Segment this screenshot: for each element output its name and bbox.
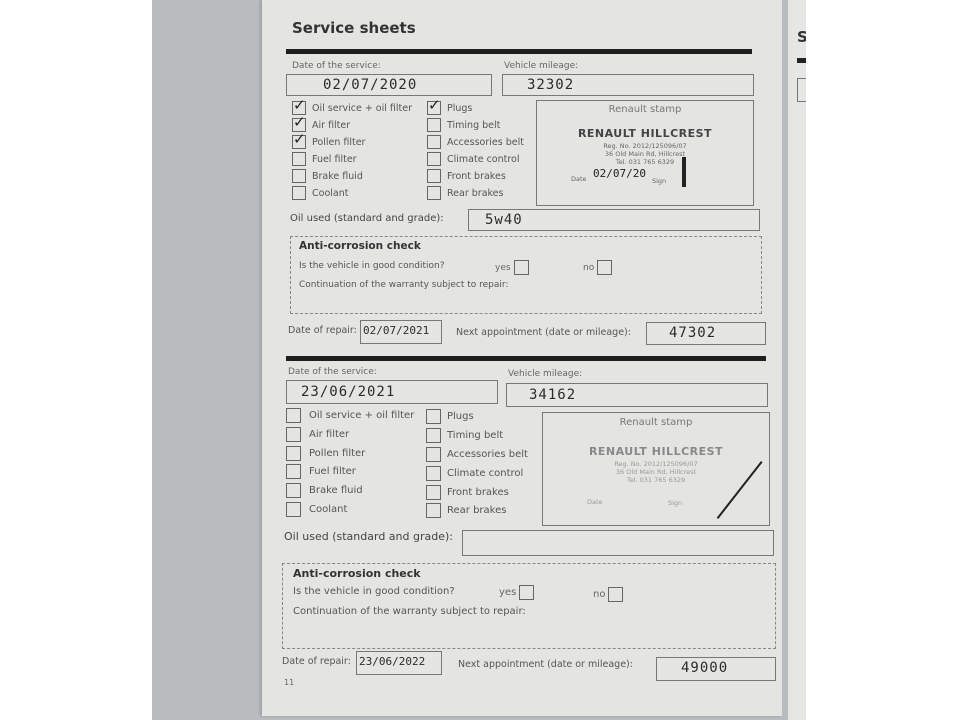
checkbox[interactable] (427, 152, 441, 166)
date-of-service-label: Date of the service: (292, 61, 381, 71)
next-appointment-label: Next appointment (date or mileage): (458, 659, 633, 670)
dealer-address: 36 Old Main Rd, Hillcrest (537, 150, 753, 158)
checkbox[interactable] (608, 587, 623, 602)
checklist-item[interactable]: Coolant (292, 186, 348, 200)
oil-used-label: Oil used (standard and grade): (290, 213, 444, 224)
checklist-item[interactable]: Fuel filter (292, 152, 357, 166)
next-page-title-fragment: S (797, 28, 806, 46)
checklist-item[interactable]: Accessories belt (426, 447, 528, 462)
section-divider (797, 58, 806, 63)
checkbox[interactable] (292, 186, 306, 200)
checklist-item[interactable]: Plugs (426, 409, 474, 424)
stamp-date-label: Date (587, 498, 603, 506)
dealer-reg-no: Reg. No. 2012/125096/07 (537, 142, 753, 150)
next-appointment-value: 49000 (681, 660, 728, 676)
good-condition-question: Is the vehicle in good condition? (293, 586, 455, 597)
checkbox[interactable] (427, 118, 441, 132)
oil-used-value: 5w40 (485, 212, 523, 228)
warranty-continuation-label: Continuation of the warranty subject to … (299, 280, 509, 290)
checkbox[interactable] (292, 152, 306, 166)
checklist-item[interactable]: Rear brakes (426, 503, 506, 518)
good-condition-no[interactable]: no (593, 587, 623, 602)
checkbox[interactable] (427, 101, 441, 115)
checkbox[interactable] (426, 503, 441, 518)
good-condition-no[interactable]: no (583, 260, 612, 275)
renault-stamp-box: Renault stamp RENAULT HILLCREST Reg. No.… (542, 412, 770, 526)
checkbox[interactable] (427, 186, 441, 200)
checkbox[interactable] (426, 409, 441, 424)
stamp-date-value: 02/07/20 (593, 167, 646, 180)
vehicle-mileage-field[interactable]: 32302 (502, 74, 754, 96)
checkbox[interactable] (292, 135, 306, 149)
checkbox[interactable] (426, 428, 441, 443)
checkbox[interactable] (286, 464, 301, 479)
checkbox[interactable] (514, 260, 529, 275)
checklist-item[interactable]: Timing belt (427, 118, 500, 132)
date-of-repair-label: Date of repair: (282, 656, 351, 667)
checklist-item[interactable]: Oil service + oil filter (292, 101, 412, 115)
anti-corrosion-section: Anti-corrosion check Is the vehicle in g… (282, 563, 776, 649)
dealer-name: RENAULT HILLCREST (543, 445, 769, 458)
anti-corrosion-section: Anti-corrosion check Is the vehicle in g… (290, 236, 762, 314)
dealer-reg-no: Reg. No. 2012/125096/07 (543, 460, 769, 468)
dealer-tel: Tel. 031 765 6329 (537, 158, 753, 166)
checkbox[interactable] (286, 483, 301, 498)
checklist-item[interactable]: Brake fluid (286, 483, 363, 498)
section-divider (286, 356, 766, 361)
anti-corrosion-title: Anti-corrosion check (293, 567, 421, 580)
date-of-repair-value: 02/07/2021 (363, 324, 429, 337)
checkbox[interactable] (519, 585, 534, 600)
checklist-item[interactable]: Fuel filter (286, 464, 356, 479)
anti-corrosion-title: Anti-corrosion check (299, 240, 421, 252)
renault-stamp-box: Renault stamp RENAULT HILLCREST Reg. No.… (536, 100, 754, 206)
checkbox[interactable] (597, 260, 612, 275)
dealer-tel: Tel. 031 765 6329 (543, 476, 769, 484)
checkbox[interactable] (292, 169, 306, 183)
checklist-item[interactable]: Timing belt (426, 428, 503, 443)
checkbox[interactable] (286, 408, 301, 423)
page-number: 11 (284, 678, 294, 687)
checklist-item[interactable]: Climate control (427, 152, 520, 166)
dealer-address: 36 Old Main Rd, Hillcrest (543, 468, 769, 476)
checkbox[interactable] (427, 169, 441, 183)
good-condition-question: Is the vehicle in good condition? (299, 261, 445, 271)
checklist-item[interactable]: Front brakes (426, 485, 509, 500)
page-title: Service sheets (292, 19, 416, 37)
date-of-repair-field[interactable]: 23/06/2022 (356, 651, 442, 675)
oil-used-label: Oil used (standard and grade): (284, 530, 453, 543)
checklist-item[interactable]: Accessories belt (427, 135, 524, 149)
checklist-item[interactable]: Climate control (426, 466, 523, 481)
stamp-title: Renault stamp (537, 104, 753, 115)
section-divider (286, 49, 752, 54)
stamp-sign-label: Sign (668, 499, 682, 507)
checkbox[interactable] (426, 485, 441, 500)
next-appointment-field[interactable]: 49000 (656, 657, 776, 681)
vehicle-mileage-field[interactable]: 34162 (506, 383, 768, 407)
signature-mark (682, 157, 686, 187)
field-box-fragment (797, 78, 806, 102)
next-appointment-field[interactable]: 47302 (646, 322, 766, 345)
checkbox[interactable] (286, 502, 301, 517)
checkbox[interactable] (426, 447, 441, 462)
date-of-service-label: Date of the service: (288, 367, 377, 377)
vehicle-mileage-value: 32302 (527, 77, 574, 93)
service-sheet-page: Service sheets Date of the service: 02/0… (262, 0, 782, 716)
date-of-repair-value: 23/06/2022 (359, 655, 425, 668)
stamp-title: Renault stamp (543, 417, 769, 428)
date-of-service-field[interactable]: 23/06/2021 (286, 380, 498, 404)
checkbox[interactable] (426, 466, 441, 481)
checklist-item[interactable]: Pollen filter (292, 135, 365, 149)
oil-used-field[interactable]: 5w40 (468, 209, 760, 231)
checkbox[interactable] (286, 446, 301, 461)
date-of-repair-field[interactable]: 02/07/2021 (360, 320, 442, 344)
checklist-item[interactable]: Plugs (427, 101, 472, 115)
vehicle-mileage-label: Vehicle mileage: (504, 61, 578, 71)
checklist-item[interactable]: Air filter (286, 427, 349, 442)
checkbox[interactable] (427, 135, 441, 149)
date-of-repair-label: Date of repair: (288, 325, 357, 336)
checklist-item[interactable]: Oil service + oil filter (286, 408, 414, 423)
warranty-continuation-label: Continuation of the warranty subject to … (293, 606, 526, 617)
checklist-item[interactable]: Coolant (286, 502, 347, 517)
date-of-service-field[interactable]: 02/07/2020 (286, 74, 492, 96)
checklist-item[interactable]: Rear brakes (427, 186, 503, 200)
good-condition-yes[interactable]: yes (499, 585, 534, 600)
checklist-item[interactable]: Brake fluid (292, 169, 363, 183)
oil-used-field[interactable] (462, 530, 774, 556)
checkbox[interactable] (286, 427, 301, 442)
next-appointment-label: Next appointment (date or mileage): (456, 327, 631, 338)
date-of-service-value: 02/07/2020 (323, 77, 417, 93)
vehicle-mileage-value: 34162 (529, 387, 576, 403)
checklist-item[interactable]: Pollen filter (286, 446, 365, 461)
stamp-date-label: Date (571, 175, 587, 183)
next-page-edge: S (788, 0, 806, 720)
good-condition-yes[interactable]: yes (495, 260, 529, 275)
next-appointment-value: 47302 (669, 325, 716, 341)
stamp-sign-label: Sign (652, 177, 666, 185)
date-of-service-value: 23/06/2021 (301, 384, 395, 400)
vehicle-mileage-label: Vehicle mileage: (508, 369, 582, 379)
dealer-name: RENAULT HILLCREST (537, 127, 753, 140)
checklist-item[interactable]: Front brakes (427, 169, 506, 183)
